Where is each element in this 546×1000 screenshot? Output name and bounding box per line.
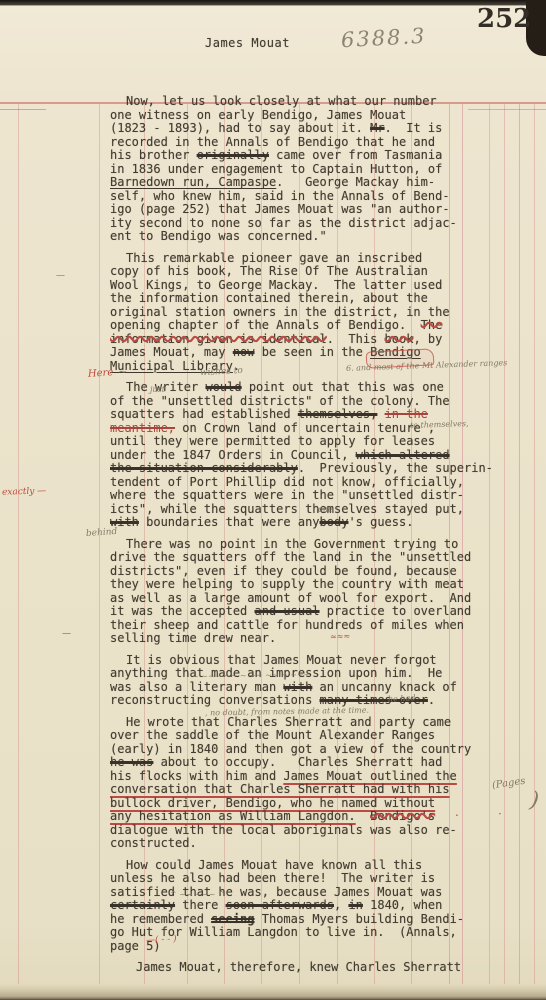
typed-line: it was the accepted and usual practice t… [110, 605, 515, 619]
text-segment: would [205, 380, 241, 394]
text-segment: soon afterwards [226, 898, 334, 912]
text-segment: conversation that Charles Sherratt had w… [110, 782, 450, 796]
text-segment: he was [110, 755, 153, 769]
text-segment: in 1836 under engagement to Captain Hutt… [110, 162, 442, 176]
typed-line: dialogue with the local aboriginals was … [110, 824, 515, 838]
text-segment: Wool Kings, to George Mackay. The latter… [110, 278, 442, 292]
paragraph: Now, let us look closely at what our num… [110, 95, 515, 244]
pencil-scribble-there: ^ ~~ ~~~ ^ [170, 891, 225, 899]
typed-line: selling time drew near. [110, 632, 515, 646]
text-segment: book [385, 332, 414, 346]
typed-line: was also a literary man with an uncanny … [110, 681, 515, 695]
text-segment: The [421, 318, 443, 332]
one-insert-note: one [318, 506, 333, 514]
typed-line: It is obvious that James Mouat never for… [110, 654, 515, 668]
ledger-vertical-line [18, 104, 19, 984]
typed-line: they were helping to supply the country … [110, 578, 515, 592]
text-segment: his brother [110, 148, 197, 162]
typed-line: Wool Kings, to George Mackay. The latter… [110, 279, 515, 293]
margin-paren-mark: ) [529, 790, 541, 813]
page-bottom-edge [0, 984, 546, 1000]
typed-line: anything that made an impression upon hi… [110, 667, 515, 681]
typed-line: copy of his book, The Rise Of The Austra… [110, 265, 515, 279]
text-segment: in [348, 898, 362, 912]
typed-line: opening chapter of the Annals of Bendigo… [110, 319, 515, 333]
page-number: 252 [477, 4, 531, 34]
text-segment: He wrote that Charles Sherratt and party… [126, 715, 451, 729]
text-segment: about to occupy. Charles Sherratt had [153, 755, 442, 769]
typed-line: (early) in 1840 and then got a view of t… [110, 743, 515, 757]
typed-line: one witness on early Bendigo, James Moua… [110, 109, 515, 123]
text-segment: meantime, [110, 421, 175, 435]
text-segment: point out that this was one [242, 380, 444, 394]
typed-line: He wrote that Charles Sherratt and party… [110, 716, 515, 730]
typed-line: This remarkable pioneer gave an inscribe… [110, 252, 515, 266]
text-segment: their sheep and cattle for hundreds of m… [110, 618, 464, 632]
he-had-note: he had [388, 694, 416, 703]
text-segment: under the 1847 Orders in Council, [110, 448, 356, 462]
typed-line: recorded in the Annals of Bendigo that h… [110, 136, 515, 150]
paragraph: There was no point in the Government try… [110, 538, 515, 646]
typed-line: There was no point in the Government try… [110, 538, 515, 552]
margin-dot-mark: · [498, 808, 502, 820]
text-segment: practice to overland [320, 604, 472, 618]
text-segment: and usual [255, 604, 320, 618]
red-period-mark: . [455, 806, 459, 818]
text-segment: Now, let us look closely at what our num… [126, 94, 437, 108]
text-segment: was also a literary man [110, 680, 283, 694]
paragraph: James Mouat, therefore, knew Charles She… [110, 961, 515, 975]
text-segment: the information contained therein, about… [110, 291, 428, 305]
typed-line: conversation that Charles Sherratt had w… [110, 783, 515, 797]
text-segment: with [283, 680, 312, 694]
text-segment: in the [385, 407, 428, 421]
text-segment: . Previously, the superin- [298, 461, 493, 475]
text-segment: (early) in 1840 and then got a view of t… [110, 742, 471, 756]
text-segment: his flocks with him and [110, 769, 283, 783]
text-segment: bullock driver, Bendigo, who he named wi… [110, 796, 435, 810]
text-segment: . It is [385, 121, 443, 135]
typed-line: he was about to occupy. Charles Sherratt… [110, 756, 515, 770]
text-segment: seeing [211, 912, 254, 926]
typed-line: over the saddle of the Mount Alexander R… [110, 729, 515, 743]
typed-line: reconstructing conversations many times … [110, 694, 515, 708]
text-segment: there [175, 898, 226, 912]
red-marks-page5: —( - - ) [146, 935, 177, 946]
text-segment: constructed. [110, 836, 197, 850]
typed-line: (1823 - 1893), had to say about it. Mr. … [110, 122, 515, 136]
typed-line: of the "unsettled districts" of the colo… [110, 395, 515, 409]
text-segment: . George Mackay him- [276, 175, 435, 189]
text-segment: came over from Tasmania [269, 148, 442, 162]
ledger-vertical-line [534, 104, 535, 984]
typed-body: Now, let us look closely at what our num… [110, 95, 515, 983]
text-segment: themselves, [298, 407, 377, 421]
text-segment: now [233, 345, 255, 359]
typed-line: Now, let us look closely at what our num… [110, 95, 515, 109]
text-segment: of the "unsettled districts" of the colo… [110, 394, 450, 408]
text-segment: , [334, 898, 348, 912]
text-segment: one witness on early Bendigo, James Moua… [110, 108, 406, 122]
red-enclosure-mark [366, 348, 435, 369]
typed-line: How could James Mouat have known all thi… [110, 859, 515, 873]
typed-line: information given is identical. This boo… [110, 333, 515, 347]
text-segment: it was the accepted [110, 604, 255, 618]
text-segment: tendent of Port Phillip did not know, of… [110, 475, 464, 489]
pencil-dash-mark: — [56, 272, 65, 281]
typed-line: their sheep and cattle for hundreds of m… [110, 619, 515, 633]
text-segment: Barnedown run, Campaspe [110, 175, 276, 189]
paragraph: This remarkable pioneer gave an inscribe… [110, 252, 515, 374]
text-segment: ity second to none so far as the distric… [110, 216, 457, 230]
text-segment: James Mouat, therefore, knew Charles She… [136, 960, 461, 974]
text-segment: opening chapter of the Annals of Bendigo… [110, 318, 421, 332]
text-segment: selling time drew near. [110, 631, 276, 645]
text-segment: the situation considerably [110, 461, 298, 475]
text-segment: It is obvious that James Mouat never for… [126, 653, 437, 667]
typed-line: constructed. [110, 837, 515, 851]
text-segment: squatters had established [110, 407, 298, 421]
text-segment: 1840, when [363, 898, 442, 912]
typed-line: igo (page 252) that James Mouat was "an … [110, 203, 515, 217]
text-segment: . This [327, 332, 385, 346]
text-segment: (1823 - 1893), had to say about it. [110, 121, 370, 135]
text-segment: boundaries that were any [139, 515, 320, 529]
text-segment: any hesitation as William Langdon. [110, 809, 356, 823]
text-segment: where the squatters were in the "unsettl… [110, 488, 464, 502]
text-segment: unless he also had been there! The write… [110, 871, 435, 885]
text-segment: an uncanny knack of [312, 680, 457, 694]
text-segment: on Crown land of uncertain tenure , [175, 421, 435, 435]
typed-line: as well as a large amount of wool for ex… [110, 592, 515, 606]
here-squiggle: ~ [118, 366, 127, 377]
text-segment [356, 809, 370, 823]
typed-line: Barnedown run, Campaspe. George Mackay h… [110, 176, 515, 190]
text-segment: How could James Mouat have known all thi… [126, 858, 422, 872]
ledger-horizontal-line-left [0, 109, 46, 110]
here-note: Here [88, 368, 114, 380]
text-segment: information given is identical [110, 332, 327, 346]
text-segment: be seen in the [255, 345, 371, 359]
typed-line: self, who knew him, said in the Annals o… [110, 190, 515, 204]
typed-line: tendent of Port Phillip did not know, of… [110, 476, 515, 490]
typed-line: the situation considerably. Previously, … [110, 462, 515, 476]
red-insert-practice: ≈≈≈ [330, 633, 350, 642]
typed-line: unless he also had been there! The write… [110, 872, 515, 886]
typed-line: ent to Bendigo was concerned." [110, 230, 515, 244]
text-segment: James Mouat outlined the [283, 769, 456, 783]
text-segment [377, 407, 384, 421]
text-segment: Bendigo's [370, 809, 435, 823]
typed-line: under the 1847 Orders in Council, which … [110, 449, 515, 463]
text-segment: over the saddle of the Mount Alexander R… [110, 728, 435, 742]
text-segment: ent to Bendigo was concerned." [110, 229, 327, 243]
text-segment: they were helping to supply the country … [110, 577, 464, 591]
text-segment: until they were permitted to apply for l… [110, 434, 435, 448]
text-segment: certainly [110, 898, 175, 912]
text-segment: This remarkable pioneer gave an inscribe… [126, 251, 422, 265]
typed-line: James Mouat, may now be seen in the Bend… [110, 346, 515, 360]
text-segment: he remembered [110, 912, 211, 926]
typed-line: he remembered seeing Thomas Myers buildi… [110, 913, 515, 927]
text-segment: , by [413, 332, 442, 346]
typed-line: in 1836 under engagement to Captain Hutt… [110, 163, 515, 177]
text-segment: Mr [370, 121, 384, 135]
text-segment: districts", even if they could be found,… [110, 564, 457, 578]
page-title: James Mouat [205, 36, 290, 50]
typed-line: The writer would point out that this was… [110, 381, 515, 395]
text-segment: original station owners in the district,… [110, 305, 450, 319]
typed-line: ity second to none so far as the distric… [110, 217, 515, 231]
typed-line: original station owners in the district,… [110, 306, 515, 320]
text-segment: igo (page 252) that James Mouat was "an … [110, 202, 450, 216]
paragraph: He wrote that Charles Sherratt and party… [110, 716, 515, 851]
text-segment: 's guess. [348, 515, 413, 529]
typed-line: icts", while the squatters themselves st… [110, 503, 515, 517]
paragraph: The writer would point out that this was… [110, 381, 515, 530]
typed-line: where the squatters were in the "unsettl… [110, 489, 515, 503]
text-segment: copy of his book, The Rise Of The Austra… [110, 264, 428, 278]
text-segment: which altered [356, 448, 450, 462]
text-segment: recorded in the Annals of Bendigo that h… [110, 135, 435, 149]
typed-line: his brother originally came over from Ta… [110, 149, 515, 163]
typed-line: districts", even if they could be found,… [110, 565, 515, 579]
text-segment: Thomas Myers building Bendi- [255, 912, 465, 926]
text-segment: icts", while the squatters themselves st… [110, 502, 464, 516]
text-segment: drive the squatters off the land in the … [110, 550, 471, 564]
text-segment: body [320, 515, 349, 529]
text-segment: . [428, 693, 435, 707]
red-dash-mark: — [62, 630, 71, 639]
paragraph: It is obvious that James Mouat never for… [110, 654, 515, 708]
text-segment: originally [197, 148, 269, 162]
text-segment: James Mouat, may [110, 345, 233, 359]
typed-line: James Mouat, therefore, knew Charles She… [110, 961, 515, 975]
catalog-number-note: 6388.3 [341, 26, 427, 51]
text-segment: as well as a large amount of wool for ex… [110, 591, 471, 605]
page-top-edge [0, 0, 546, 6]
typed-line: certainly there soon afterwards, in 1840… [110, 899, 515, 913]
text-segment: There was no point in the Government try… [126, 537, 458, 551]
text-segment: dialogue with the local aboriginals was … [110, 823, 457, 837]
manuscript-page: 252 James Mouat Now, let us look closely… [0, 0, 546, 1000]
just-insert-note: just [150, 386, 165, 394]
ledger-vertical-line [99, 104, 100, 984]
typed-line: the information contained therein, about… [110, 292, 515, 306]
typed-line: with boundaries that were anybody's gues… [110, 516, 515, 530]
text-segment: The writer [126, 380, 205, 394]
typed-line: until they were permitted to apply for l… [110, 435, 515, 449]
ledger-vertical-line [519, 104, 520, 984]
typed-line: his flocks with him and James Mouat outl… [110, 770, 515, 784]
typed-line: drive the squatters off the land in the … [110, 551, 515, 565]
text-segment: self, who knew him, said in the Annals o… [110, 189, 450, 203]
text-segment: reconstructing conversations [110, 693, 320, 707]
text-segment: satisfied that he was, because James Mou… [110, 885, 442, 899]
exactly-note: exactly — [2, 487, 47, 498]
